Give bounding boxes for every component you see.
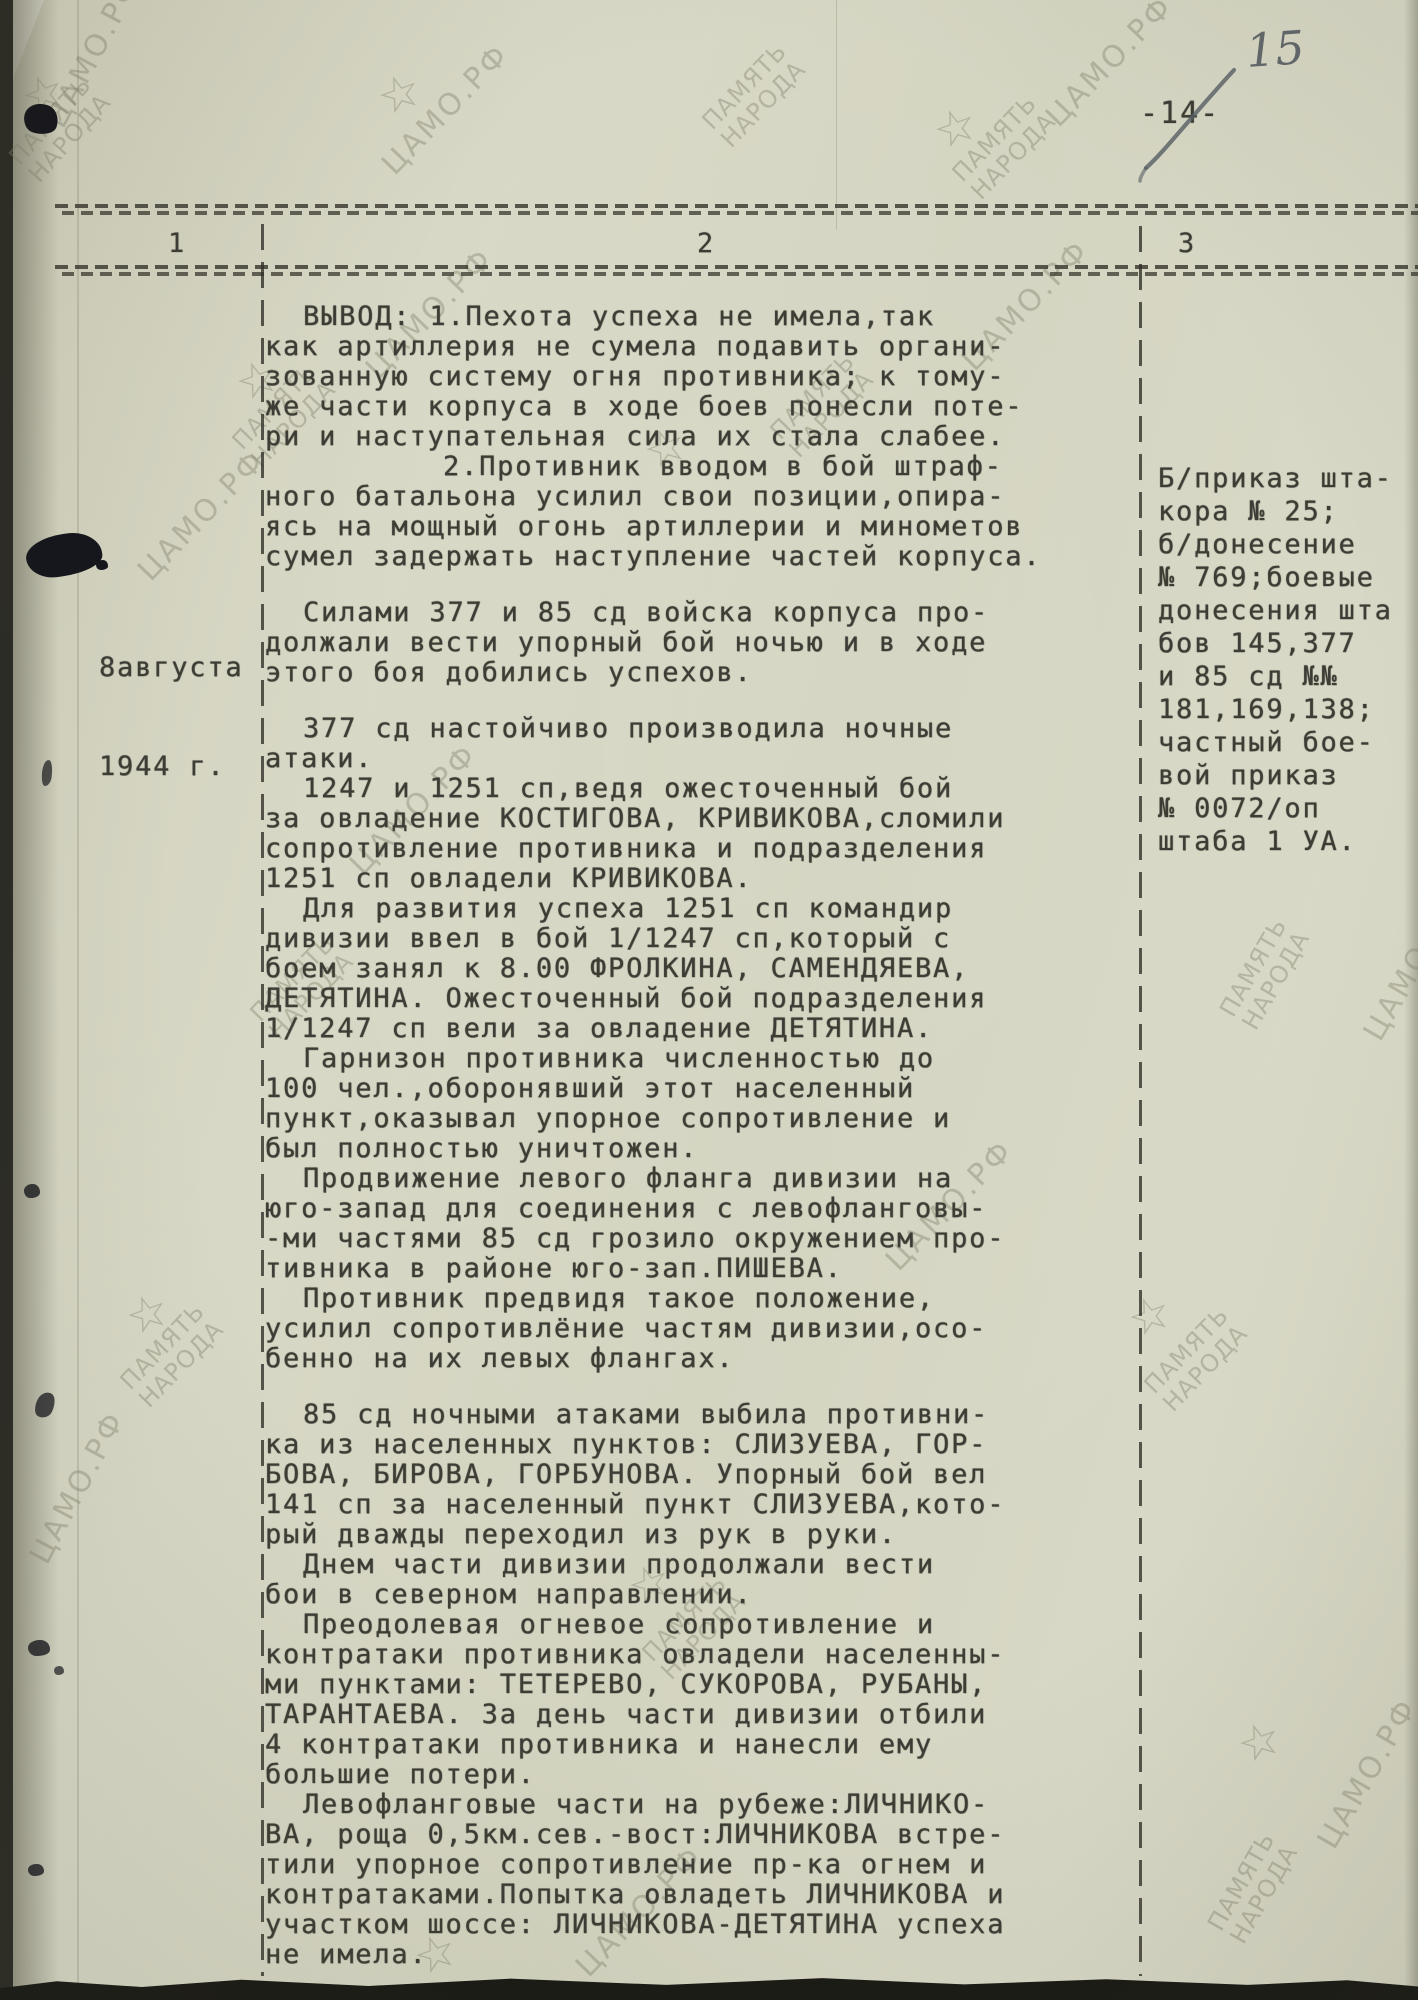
pamyat-naroda-watermark: ПАМЯТЬ НАРОДА <box>1139 1295 1258 1416</box>
text-line: Силами 377 и 85 сд войска корпуса про- <box>265 598 1145 628</box>
pamyat-naroda-watermark: ПАМЯТЬ НАРОДА <box>1203 1820 1307 1948</box>
text-line: был полностью уничтожен. <box>265 1134 1145 1164</box>
text-line: пункт,оказывал упорное сопротивление и <box>265 1104 1145 1134</box>
text-line: же части корпуса в ходе боев понесли пот… <box>265 392 1145 422</box>
camo-rf-watermark: ЦАМО.РФ <box>375 37 517 182</box>
text-line: 100 чел.,оборонявший этот населенный <box>265 1074 1145 1104</box>
text-line: рый дважды переходил из рук в руки. <box>265 1520 1145 1550</box>
pamyat-naroda-watermark: ПАМЯТЬ НАРОДА <box>697 31 816 152</box>
text-line: контратаки противника овладели населенны… <box>265 1640 1145 1670</box>
scan-edge-bottom <box>0 1974 1418 2000</box>
text-line: ми пунктами: ТЕТЕРЕВО, СУКОРОВА, РУБАНЫ, <box>265 1670 1145 1700</box>
text-line: бои в северном направлении. <box>265 1580 1145 1610</box>
text-line: 141 сп за населенный пункт СЛИЗУЕВА,кото… <box>265 1490 1145 1520</box>
text-line: частный бое- <box>1158 726 1418 759</box>
date-line-1: 8августа <box>99 651 243 684</box>
text-line: сопротивление противника и подразделения <box>265 834 1145 864</box>
camo-rf-watermark: ЦАМО.РФ <box>131 443 273 588</box>
ink-stain <box>96 560 108 570</box>
camo-rf-watermark: ЦАМО.РФ <box>1311 1692 1418 1855</box>
text-line: 1247 и 1251 сп,ведя ожесточенный бой <box>265 774 1145 804</box>
paper-crease-top <box>836 0 837 230</box>
text-line: большие потери. <box>265 1760 1145 1790</box>
table-rule-under-headers <box>55 265 1418 276</box>
scan-edge-right-shadow <box>1404 0 1418 2000</box>
text-line: юго-запад для соединения с левофланговы- <box>265 1194 1145 1224</box>
pencil-strike-mark <box>1128 56 1268 186</box>
text-line: 1251 сп овладели КРИВИКОВА. <box>265 864 1145 894</box>
star-watermark-icon: ☆ <box>118 1280 178 1347</box>
star-watermark-icon: ☆ <box>370 60 430 127</box>
text-line: и 85 сд №№ <box>1158 660 1418 693</box>
text-line: ри и наступательная сила их стала слабее… <box>265 422 1145 452</box>
text-line: штаба 1 УА. <box>1158 825 1418 858</box>
text-line: Для развития успеха 1251 сп командир <box>265 894 1145 924</box>
text-line: ного батальона усилил свои позиции,опира… <box>265 482 1145 512</box>
text-line: должали вести упорный бой ночью и в ходе <box>265 628 1145 658</box>
scan-edge-left-shadow <box>13 0 59 2000</box>
text-line: боем занял к 8.00 ФРОЛКИНА, САМЕНДЯЕВА, <box>265 954 1145 984</box>
pamyat-naroda-watermark: ПАМЯТЬ НАРОДА <box>115 1291 234 1412</box>
text-line: 1/1247 сп вели за овладение ДЕТЯТИНА. <box>265 1014 1145 1044</box>
text-line: Левофланговые части на рубеже:ЛИЧНИКО- <box>265 1790 1145 1820</box>
text-line: № 0072/оп <box>1158 792 1418 825</box>
ink-speck <box>28 1864 44 1876</box>
text-line: ДЕТЯТИНА. Ожесточенный бой подразделения <box>265 984 1145 1014</box>
text-line: ясь на мощный огонь артиллерии и миномет… <box>265 512 1145 542</box>
scanned-document-page: ЦАМО.РФ☆ПАМЯТЬ НАРОДА☆ЦАМО.РФПАМЯТЬ НАРО… <box>0 0 1418 2000</box>
text-line: БОВА, БИРОВА, ГОРБУНОВА. Упорный бой вел <box>265 1460 1145 1490</box>
paper-crease <box>77 0 79 2000</box>
text-line: Продвижение левого фланга дивизии на <box>265 1164 1145 1194</box>
text-line: Б/приказ шта- <box>1158 462 1418 495</box>
ink-speck <box>54 1666 64 1675</box>
text-line: Преодолевая огневое сопротивление и <box>265 1610 1145 1640</box>
text-line: ТАРАНТАЕВА. За день части дивизии отбили <box>265 1700 1145 1730</box>
text-line: тивника в районе юго-зап.ПИШЕВА. <box>265 1254 1145 1284</box>
text-line: 2.Противник вводом в бой штраф- <box>265 452 1145 482</box>
text-line: кора № 25; <box>1158 495 1418 528</box>
text-line: тили упорное сопротивление пр-ка огнем и <box>265 1850 1145 1880</box>
column-header-2: 2 <box>697 228 715 259</box>
text-line: № 769;боевые <box>1158 561 1418 594</box>
column-divider-1 <box>261 224 264 1976</box>
text-line: донесения шта <box>1158 594 1418 627</box>
text-line: 181,169,138; <box>1158 693 1418 726</box>
column-header-3: 3 <box>1178 228 1196 259</box>
text-line: зованную систему огня противника; к тому… <box>265 362 1145 392</box>
text-line: не имела. <box>265 1940 1145 1970</box>
text-line: Гарнизон противника численностью до <box>265 1044 1145 1074</box>
text-line: 377 сд настойчиво производила ночные <box>265 714 1145 744</box>
text-line: бенно на их левых флангах. <box>265 1344 1145 1374</box>
text-line: ка из населенных пунктов: СЛИЗУЕВА, ГОР- <box>265 1430 1145 1460</box>
column-header-1: 1 <box>168 228 186 259</box>
text-line: Днем части дивизии продолжали вести <box>265 1550 1145 1580</box>
text-line: участком шоссе: ЛИЧНИКОВА-ДЕТЯТИНА успех… <box>265 1910 1145 1940</box>
text-line: дивизии ввел в бой 1/1247 сп,который с <box>265 924 1145 954</box>
pamyat-naroda-watermark: ПАМЯТЬ НАРОДА <box>947 83 1066 204</box>
text-line: сумел задержать наступление частей корпу… <box>265 542 1145 572</box>
date-column: 8августа 1944 г. <box>99 585 243 849</box>
text-line: за овладение КОСТИГОВА, КРИВИКОВА,сломил… <box>265 804 1145 834</box>
scan-edge-left <box>0 0 13 2000</box>
date-line-2: 1944 г. <box>99 750 243 783</box>
text-line: усилил сопротивлёние частям дивизии,осо- <box>265 1314 1145 1344</box>
star-watermark-icon: ☆ <box>926 94 986 161</box>
pamyat-naroda-watermark: ПАМЯТЬ НАРОДА <box>1215 906 1319 1034</box>
text-line: 85 сд ночными атаками выбила противни- <box>265 1400 1145 1430</box>
report-body-column: ВЫВОД: 1.Пехота успеха не имела,таккак а… <box>265 302 1145 1970</box>
sources-column: Б/приказ шта-кора № 25;б/донесение№ 769;… <box>1158 462 1418 858</box>
ink-speck <box>28 1640 50 1656</box>
ink-speck <box>24 1184 40 1198</box>
text-line: бов 145,377 <box>1158 627 1418 660</box>
text-line: контратаками.Попытка овладеть ЛИЧНИКОВА … <box>265 1880 1145 1910</box>
text-line: ВЫВОД: 1.Пехота успеха не имела,так <box>265 302 1145 332</box>
text-line: б/донесение <box>1158 528 1418 561</box>
text-line: этого боя добились успехов. <box>265 658 1145 688</box>
text-line: атаки. <box>265 744 1145 774</box>
text-line: вой приказ <box>1158 759 1418 792</box>
text-line: Противник предвидя такое положение, <box>265 1284 1145 1314</box>
table-rule-top <box>55 204 1418 215</box>
text-line: как артиллерия не сумела подавить органи… <box>265 332 1145 362</box>
text-line: -ми частями 85 сд грозило окружением про… <box>265 1224 1145 1254</box>
star-watermark-icon: ☆ <box>1230 1708 1290 1775</box>
text-line: ВА, роща 0,5км.сев.-вост:ЛИЧНИКОВА встре… <box>265 1820 1145 1850</box>
text-line: 4 контратаки противника и нанесли ему <box>265 1730 1145 1760</box>
